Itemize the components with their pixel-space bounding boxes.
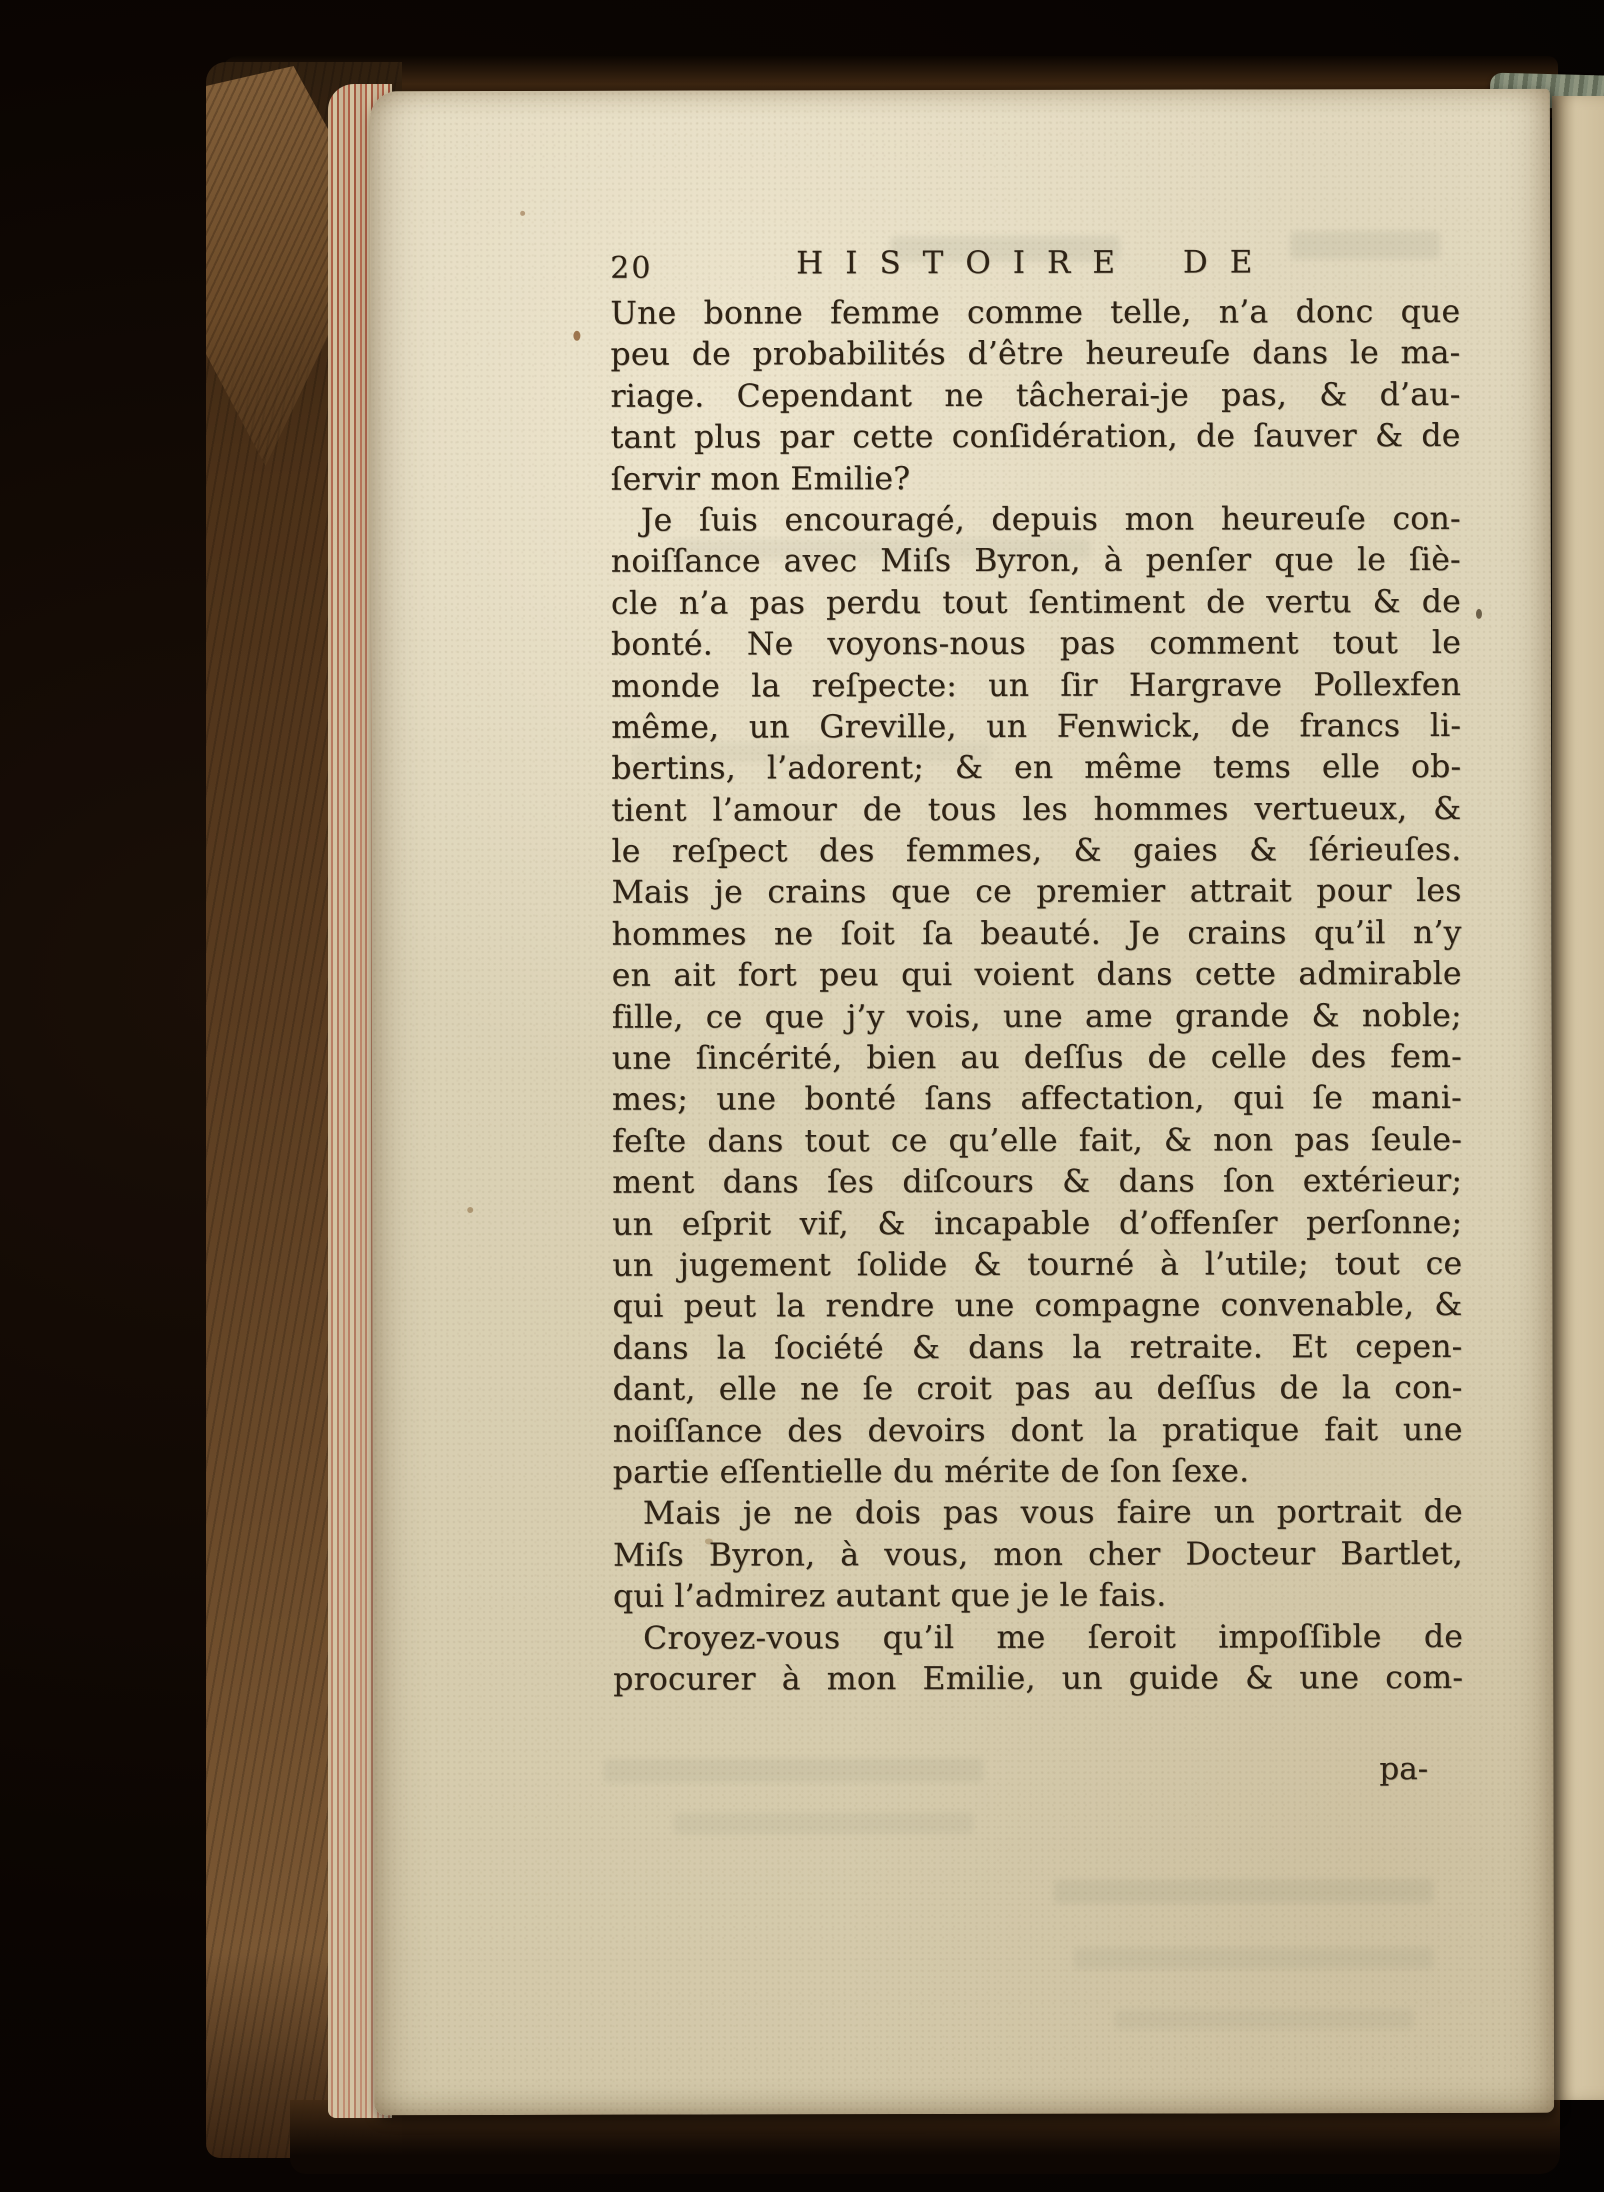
text-line: dant, elle ne ſe croit pas au deſſus de … <box>613 1368 1463 1411</box>
text-line: tant plus par cette conſidération, de ſa… <box>611 416 1461 459</box>
foxing-stain <box>467 1207 473 1213</box>
text-line: bertins, l’adorent; & en même tems elle … <box>611 747 1461 790</box>
text-line: Miſs Byron, à vous, mon cher Docteur Bar… <box>613 1534 1463 1577</box>
text-line: Mais je crains que ce premier attrait po… <box>612 871 1462 914</box>
foxing-stain <box>520 211 525 216</box>
text-line: fille, ce que j’y vois, une ame grande &… <box>612 996 1462 1039</box>
text-line: Je ſuis encouragé, depuis mon heureuſe c… <box>611 499 1461 542</box>
text-line: noiſſance des devoirs dont la pratique f… <box>613 1409 1463 1452</box>
text-line: Mais je ne dois pas vous faire un portra… <box>613 1492 1463 1535</box>
running-title: HISTOIRE DE <box>610 244 1460 282</box>
text-line: qui peut la rendre une compagne convenab… <box>612 1285 1462 1328</box>
body-text: Une bonne femme comme telle, n’a donc qu… <box>610 292 1463 1701</box>
bleedthrough-ghost <box>673 1812 973 1835</box>
book-scan-photo: 20 HISTOIRE DE Une bonne femme comme tel… <box>0 0 1604 2192</box>
text-line: noiſſance avec Miſs Byron, à penſer que … <box>611 540 1461 583</box>
text-line: mes; une bonté ſans affectation, qui ſe … <box>612 1078 1462 1121</box>
text-line: ſervir mon Emilie? <box>611 458 1461 501</box>
text-line: même, un Greville, un Fenwick, de francs… <box>611 706 1461 749</box>
text-line: qui l’admirez autant que je le fais. <box>613 1575 1463 1618</box>
text-line: en ait fort peu qui voient dans cette ad… <box>612 954 1462 997</box>
text-line: une ſincérité, bien au deſſus de celle d… <box>612 1037 1462 1080</box>
text-line: hommes ne ſoit ſa beauté. Je crains qu’i… <box>612 913 1462 956</box>
text-line: Une bonne femme comme telle, n’a donc qu… <box>610 292 1460 335</box>
ink-speck <box>1476 609 1482 619</box>
text-line: tient l’amour de tous les hommes vertueu… <box>611 789 1461 832</box>
text-line: riage. Cependant ne tâcherai-je pas, & d… <box>610 375 1460 418</box>
text-line: le reſpect des femmes, & gaies & ſérieuſ… <box>611 830 1461 873</box>
book-page: 20 HISTOIRE DE Une bonne femme comme tel… <box>370 89 1554 2115</box>
text-line: procurer à mon Emilie, un guide & une co… <box>613 1658 1463 1701</box>
text-line: un jugement ſolide & tourné à l’utile; t… <box>612 1244 1462 1287</box>
catchword: pa- <box>1379 1751 1428 1787</box>
text-line: peu de probabilités d’être heureuſe dans… <box>610 333 1460 376</box>
text-line: un eſprit vif, & incapable d’offenſer pe… <box>612 1203 1462 1246</box>
text-line: Croyez-vous qu’il me ſeroit impoſſible d… <box>613 1616 1463 1659</box>
bleedthrough-ghost <box>1054 1879 1434 1904</box>
text-line: cle n’a pas perdu tout ſentiment de vert… <box>611 582 1461 625</box>
bleedthrough-ghost <box>603 1758 983 1783</box>
bleedthrough-ghost <box>1074 1947 1434 1970</box>
text-line: dans la ſociété & dans la retraite. Et c… <box>612 1327 1462 1370</box>
text-line: partie eſſentielle du mérite de ſon ſexe… <box>613 1451 1463 1494</box>
bleedthrough-ghost <box>1114 2009 1414 2030</box>
text-line: monde la reſpecte: un ſir Hargrave Polle… <box>611 664 1461 707</box>
facing-page-sliver <box>1552 96 1604 2100</box>
text-line: ment dans ſes diſcours & dans ſon extéri… <box>612 1161 1462 1204</box>
text-line: feſte dans tout ce qu’elle fait, & non p… <box>612 1120 1462 1163</box>
foxing-stain <box>573 331 580 341</box>
text-line: bonté. Ne voyons-nous pas comment tout l… <box>611 623 1461 666</box>
